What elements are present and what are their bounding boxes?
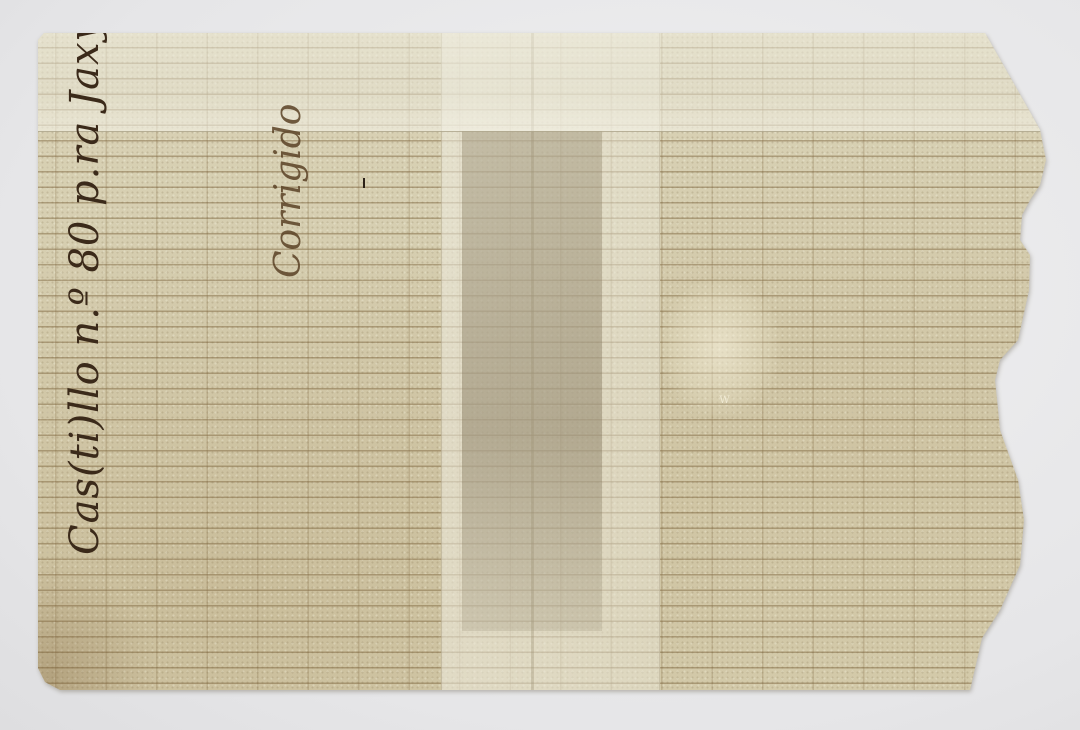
ink-tick-mark	[363, 178, 365, 188]
antique-paper: W Cas(ti)llo n.º 80 p.ra Jaxy Corrigido	[0, 0, 1080, 730]
age-stain	[38, 560, 158, 690]
handwritten-inscription: Cas(ti)llo n.º 80 p.ra Jaxy	[62, 18, 108, 555]
handwritten-annotation: Corrigido	[268, 104, 309, 278]
horizontal-tape-strip	[38, 33, 1048, 132]
seal-label: W	[690, 395, 760, 406]
document-container: W Cas(ti)llo n.º 80 p.ra Jaxy Corrigido	[0, 0, 1080, 730]
